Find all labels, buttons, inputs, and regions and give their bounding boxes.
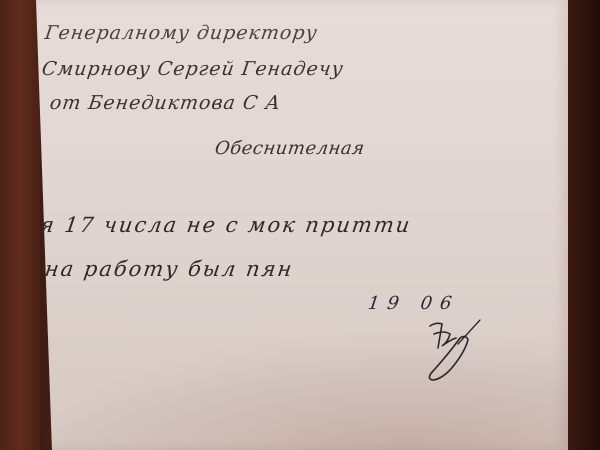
addressee-name-line: Смирнову Сергей Генадечу [40,58,345,80]
wooden-surface-right [565,0,600,450]
document-title: Обеснителная [214,138,367,159]
body-line-1: я 17 числа не с мок притти [38,213,413,237]
wooden-surface-left [0,0,40,450]
body-line-2: на работу был пян [43,257,295,281]
sender-line: от Бенедиктова С А [48,92,282,114]
date: 19 06 [367,293,461,314]
addressee-line: Генералному директору [43,22,319,44]
signature-icon [420,318,490,383]
